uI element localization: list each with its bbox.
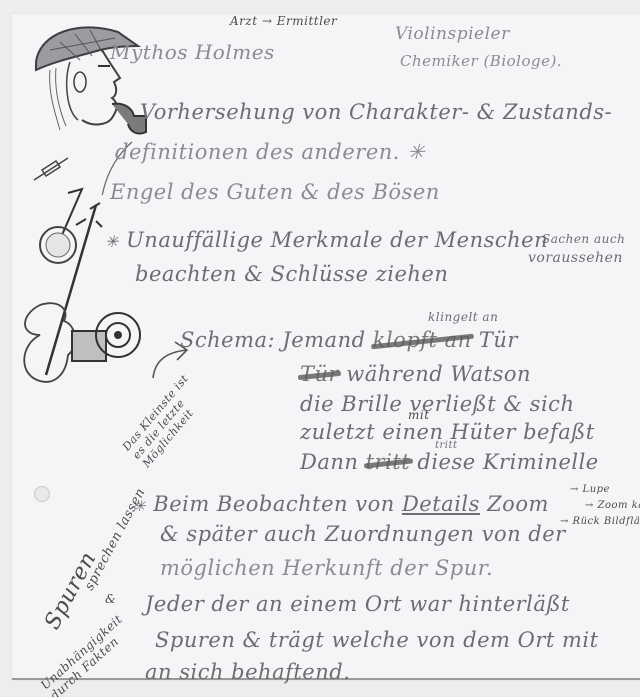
note-violinspieler: Violinspieler (395, 24, 510, 44)
line-5-text: beachten & Schlüsse ziehen (135, 262, 448, 286)
line-15: Spuren & trägt welche von dem Ort mit (155, 628, 599, 652)
insert-sachen-auch: Sachen auch (542, 232, 625, 246)
line-6-text: Jemand (282, 328, 365, 352)
star-marker-icon: ✳ (105, 232, 119, 251)
struck-text: klopft an (373, 328, 472, 352)
line-14: Jeder der an einem Ort war hinterläßt (145, 592, 570, 616)
line-10: Dann tritt diese Kriminelle (300, 450, 599, 474)
star-marker-icon: ✳ (407, 140, 425, 164)
zoom-branch-lupe: → Lupe (570, 484, 610, 495)
line-16: an sich behaftend. (145, 660, 350, 684)
line-2-text: definitionen des anderen. (115, 140, 400, 164)
zoom-branch-bildflaeche: → Rück Bildfläche (560, 516, 640, 527)
line-10-text: Dann (300, 450, 358, 474)
line-7-text: während Watson (346, 362, 531, 386)
line-6: Schema: Jemand klopft an Tür (180, 328, 518, 352)
line-6-text-after: Tür (479, 328, 518, 352)
line-13: möglichen Herkunft der Spur. (160, 556, 493, 580)
line-9-text-after: einen Hüter befaßt (382, 420, 594, 444)
line-3: Engel des Guten & des Bösen (110, 180, 440, 204)
punch-hole (34, 486, 50, 502)
details-underlined: Details (402, 492, 480, 516)
schema-label: Schema: (180, 328, 275, 352)
page-title: Mythos Holmes (110, 40, 275, 64)
line-10-text-after: diese Kriminelle (417, 450, 598, 474)
line-4-text: Unauffällige Merkmale der Menschen (126, 228, 548, 252)
line-5: beachten & Schlüsse ziehen (135, 262, 448, 286)
violin-camera-sketch (10, 185, 150, 405)
struck-text: tritt (366, 450, 411, 474)
line-2: definitionen des anderen. ✳ (115, 140, 425, 164)
line-8: die Brille verließt & sich (300, 392, 574, 416)
side-note-and: & (105, 592, 116, 606)
line-11-text-after: Zoom (487, 492, 549, 516)
line-7: Tür während Watson (300, 362, 531, 386)
line-4: ✳ Unauffällige Merkmale der Menschen (105, 228, 548, 252)
line-12: & später auch Zuordnungen von der (160, 522, 566, 546)
line-11: ✳ Beim Beobachten von Details Zoom (133, 492, 549, 516)
note-chemiker: Chemiker (Biologe). (400, 52, 562, 70)
line-11-text: Beim Beobachten von (153, 492, 395, 516)
annotation-arzt-ermittler: Arzt → Ermittler (230, 14, 337, 28)
insert-voraussehen: voraussehen (528, 250, 623, 266)
line-9-text: zuletzt (300, 420, 375, 444)
struck-text: Tür (300, 362, 339, 386)
insert-klingelt: klingelt an (428, 310, 498, 324)
zoom-branch-kamera: → Zoom kamera (585, 500, 640, 511)
line-1: Vorhersehung von Charakter- & Zustands- (140, 100, 612, 124)
